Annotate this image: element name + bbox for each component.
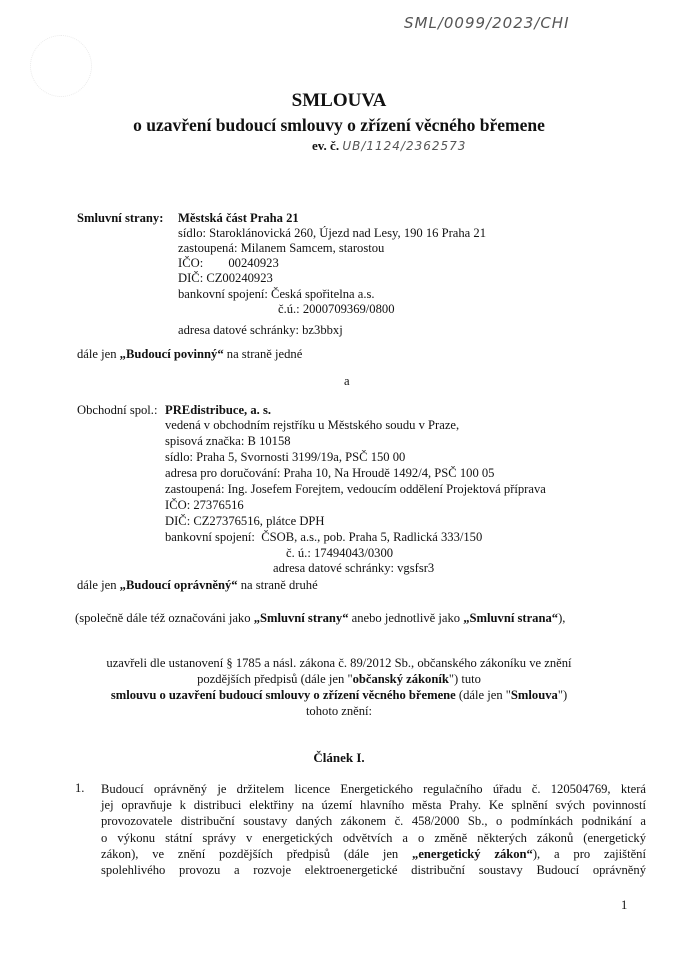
- party2-delivery-address: adresa pro doručování: Praha 10, Na Hrou…: [165, 466, 494, 481]
- bold-term: „Smluvní strany“: [254, 611, 349, 625]
- text: ), a pro zajištění: [533, 847, 646, 861]
- paragraph-line: spolehlivého provozu a rozvoje elektroen…: [101, 862, 646, 878]
- party2-bank: bankovní spojení: ČSOB, a.s., pob. Praha…: [165, 530, 482, 545]
- text: "): [558, 688, 567, 702]
- text: (dále jen ": [456, 688, 511, 702]
- party2-dic: DIČ: CZ27376516, plátce DPH: [165, 514, 325, 529]
- text: anebo jednotlivě jako: [349, 611, 464, 625]
- party2-label: Obchodní spol.:: [77, 403, 157, 418]
- party1-representative: zastoupená: Milanem Samcem, starostou: [178, 241, 384, 256]
- handwritten-reference: SML/0099/2023/CHI: [404, 14, 570, 32]
- bold-term: občanský zákoník: [353, 672, 449, 686]
- party1-bank: bankovní spojení: Česká spořitelna a.s.: [178, 287, 375, 302]
- evidence-number: ev. č. UB/1124/2362573: [312, 138, 466, 154]
- party2-name: PREdistribuce, a. s.: [165, 403, 271, 418]
- bold-term: „energetický zákon“: [412, 847, 533, 861]
- text: ") tuto: [449, 672, 481, 686]
- joint-designation: (společně dále též označováni jako „Smlu…: [75, 611, 565, 626]
- article-heading: Článek I.: [0, 750, 678, 766]
- party2-role: dále jen „Budoucí oprávněný“ na straně d…: [77, 578, 318, 593]
- ev-label: ev. č.: [312, 138, 339, 153]
- party2-file-number: spisová značka: B 10158: [165, 434, 291, 449]
- party1-seat: sídlo: Staroklánovická 260, Újezd nad Le…: [178, 226, 486, 241]
- text: (společně dále též označováni jako: [75, 611, 254, 625]
- paragraph-line: o výkonu státní správy v energetických o…: [101, 830, 646, 846]
- role-prefix: dále jen: [77, 347, 120, 361]
- party1-data-box: adresa datové schránky: bz3bbxj: [178, 323, 343, 338]
- paragraph-line: zákon), ve znění pozdějších předpisů (dá…: [101, 846, 646, 862]
- party1-role: dále jen „Budoucí povinný“ na straně jed…: [77, 347, 302, 362]
- document-subtitle: o uzavření budoucí smlouvy o zřízení věc…: [0, 115, 678, 136]
- paragraph-line: provozovatele distribuční soustavy danýc…: [101, 813, 646, 829]
- document-title: SMLOUVA: [0, 90, 678, 112]
- party1-label: Smluvní strany:: [77, 211, 163, 226]
- role-prefix: dále jen: [77, 578, 120, 592]
- faded-stamp: [30, 35, 92, 97]
- ev-number-handwritten: UB/1124/2362573: [342, 139, 466, 153]
- party1-ico: IČO: 00240923: [178, 256, 279, 271]
- conjunction-and: a: [344, 374, 350, 389]
- text: pozdějších předpisů (dále jen ": [197, 672, 353, 686]
- party2-data-box: adresa datové schránky: vgsfsr3: [273, 561, 434, 576]
- party1-name: Městská část Praha 21: [178, 211, 299, 226]
- text: ),: [558, 611, 565, 625]
- role-bold: „Budoucí oprávněný“: [120, 578, 238, 592]
- preamble-line3: smlouvu o uzavření budoucí smlouvy o zří…: [0, 688, 678, 703]
- role-suffix: na straně jedné: [224, 347, 303, 361]
- paragraph-number: 1.: [75, 781, 84, 796]
- bold-term: smlouvu o uzavření budoucí smlouvy o zří…: [111, 688, 456, 702]
- party2-ico: IČO: 27376516: [165, 498, 244, 513]
- party2-account: č. ú.: 17494043/0300: [286, 546, 393, 561]
- party2-representative: zastoupená: Ing. Josefem Forejtem, vedou…: [165, 482, 546, 497]
- role-bold: „Budoucí povinný“: [120, 347, 224, 361]
- role-suffix: na straně druhé: [238, 578, 318, 592]
- bold-term: „Smluvní strana“: [463, 611, 558, 625]
- party2-seat: sídlo: Praha 5, Svornosti 3199/19a, PSČ …: [165, 450, 405, 465]
- preamble-line2: pozdějších předpisů (dále jen "občanský …: [0, 672, 678, 687]
- bold-term: Smlouva: [511, 688, 558, 702]
- paragraph-line: Budoucí oprávněný je držitelem licence E…: [101, 781, 646, 797]
- page-number: 1: [621, 898, 627, 913]
- party2-registry: vedená v obchodním rejstříku u Městského…: [165, 418, 459, 433]
- text: zákon), ve znění pozdějších předpisů (dá…: [101, 847, 412, 861]
- party1-dic: DIČ: CZ00240923: [178, 271, 273, 286]
- preamble-line4: tohoto znění:: [0, 704, 678, 719]
- party1-account: č.ú.: 2000709369/0800: [278, 302, 395, 317]
- article-paragraph-1: Budoucí oprávněný je držitelem licence E…: [101, 781, 646, 878]
- paragraph-line: jej opravňuje k distribuci elektřiny na …: [101, 797, 646, 813]
- preamble-line1: uzavřeli dle ustanovení § 1785 a násl. z…: [0, 656, 678, 671]
